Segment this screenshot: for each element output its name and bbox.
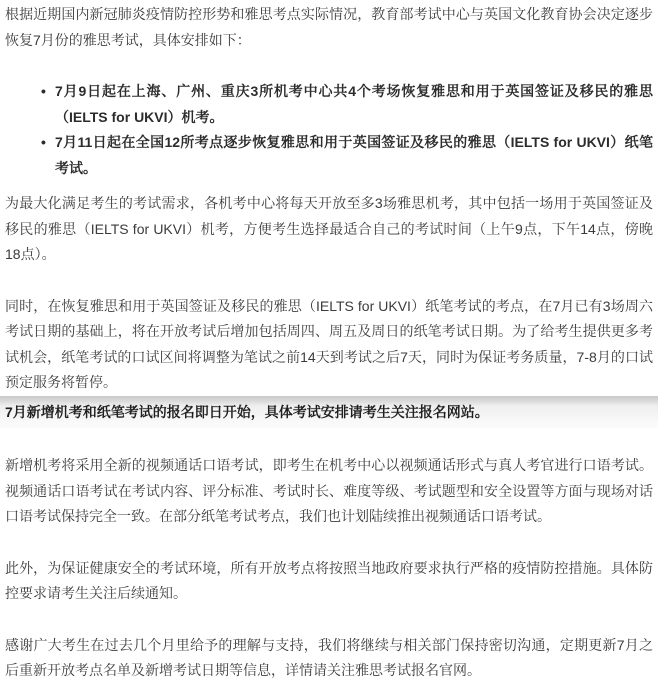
paragraph-video-speaking: 新增机考将采用全新的视频通话口语考试，即考生在机考中心以视频通话形式与真人考官进…	[5, 453, 653, 530]
paragraph-closing: 感谢广大考生在过去几个月里给予的理解与支持，我们将继续与相关部门保持密切沟通，定…	[5, 633, 653, 684]
paragraph-intro: 根据近期国内新冠肺炎疫情防控形势和雅思考点实际情况，教育部考试中心与英国文化教育…	[5, 2, 653, 53]
ielts-notice-document: 根据近期国内新冠肺炎疫情防控形势和雅思考点实际情况，教育部考试中心与英国文化教育…	[0, 0, 658, 684]
paragraph-covid-measures: 此外，为保证健康安全的考试环境，所有开放考点将按照当地政府要求执行严格的疫情防控…	[5, 556, 653, 607]
bullet-item-computer-test: 7月9日起在上海、广州、重庆3所机考中心共4个考场恢复雅思和用于英国签证及移民的…	[55, 79, 653, 130]
resumption-bullet-list: 7月9日起在上海、广州、重庆3所机考中心共4个考场恢复雅思和用于英国签证及移民的…	[5, 79, 653, 181]
registration-banner: 7月新增机考和纸笔考试的报名即日开始，具体考试安排请考生关注报名网站。	[0, 396, 658, 429]
bullet-item-paper-test: 7月11日起在全国12所考点逐步恢复雅思和用于英国签证及移民的雅思（IELTS …	[55, 130, 653, 181]
paragraph-paper-dates: 同时，在恢复雅思和用于英国签证及移民的雅思（IELTS for UKVI）纸笔考…	[5, 294, 653, 396]
paragraph-exam-slots: 为最大化满足考生的考试需求，各机考中心将每天开放至多3场雅思机考，其中包括一场用…	[5, 191, 653, 268]
